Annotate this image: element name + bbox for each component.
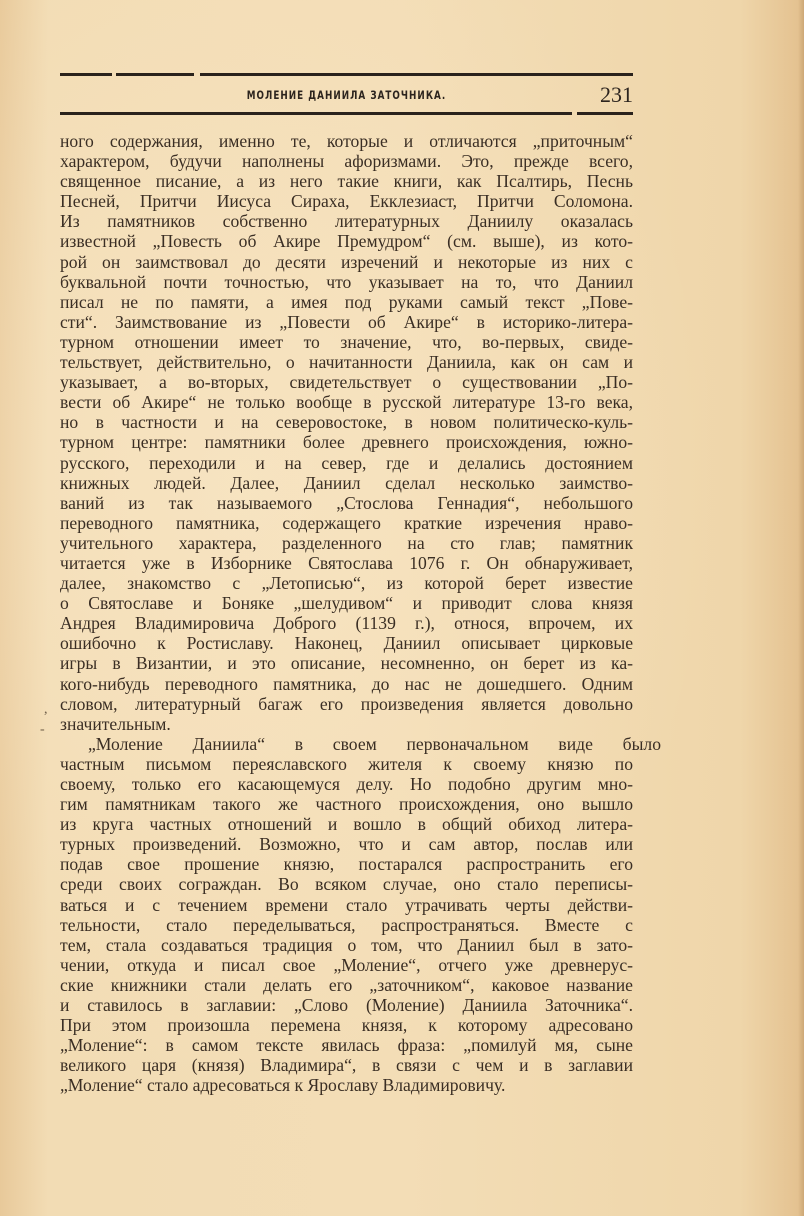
text-line: игры в Византии, и это описание, несомне… [60, 653, 633, 673]
text-line: среди своих сограждан. Во всяком случае,… [60, 874, 633, 894]
text-line: Из памятников собственно литературных Да… [60, 211, 633, 231]
text-line: книжных людей. Далее, Даниил сделал неск… [60, 473, 633, 493]
text-line: ские книжники стали делать его „заточник… [60, 975, 633, 995]
text-line: частным письмом переяславского жителя к … [60, 754, 633, 774]
text-line: „Моление Даниила“ в своем первоначальном… [60, 734, 661, 754]
running-title: МОЛЕНИЕ ДАНИИЛА ЗАТОЧНИКА. [103, 88, 590, 102]
header-rule-top [200, 73, 633, 76]
header-rule-top [60, 73, 112, 76]
text-line: ваться и с течением времени стало утрачи… [60, 895, 633, 915]
book-page: МОЛЕНИЕ ДАНИИЛА ЗАТОЧНИКА. 231 ного соде… [0, 0, 804, 1216]
text-line: читается уже в Изборнике Святослава 1076… [60, 553, 633, 573]
text-line: „Моление“: в самом тексте явилась фраза:… [60, 1035, 633, 1055]
text-line: но в частности и на северовостоке, в нов… [60, 412, 633, 432]
text-line: сти“. Заимствование из „Повести об Акире… [60, 312, 633, 332]
text-line: священное писание, а из него такие книги… [60, 171, 633, 191]
text-line: из круга частных отношений и вошло в общ… [60, 814, 633, 834]
running-head: МОЛЕНИЕ ДАНИИЛА ЗАТОЧНИКА. 231 [60, 84, 633, 108]
text-line: и ставилось в заглавии: „Слово (Моление)… [60, 995, 633, 1015]
text-line: вести об Акире“ не только вообще в русск… [60, 392, 633, 412]
text-line: гим памятникам такого же частного происх… [60, 794, 633, 814]
text-line: русского, переходили и на север, где и д… [60, 453, 633, 473]
text-line: указывает, а во-вторых, свидетельствует … [60, 372, 633, 392]
text-line: Андрея Владимировича Доброго (1139 г.), … [60, 613, 633, 633]
page-edge [798, 0, 804, 1216]
text-line: кого-нибудь переводного памятника, до на… [60, 674, 633, 694]
text-line: турном центре: памятники более древнего … [60, 432, 633, 452]
text-line: переводного памятника, содержащего кратк… [60, 513, 633, 533]
text-line: При этом произошла перемена князя, к кот… [60, 1015, 633, 1035]
text-line: словом, литературный багаж его произведе… [60, 694, 633, 714]
header-rule-bottom [577, 112, 633, 115]
text-line: характером, будучи наполнены афоризмами.… [60, 151, 633, 171]
text-line: тельности, стало переделываться, распрос… [60, 915, 633, 935]
text-line: значительным. [60, 714, 633, 734]
text-line: великого царя (князя) Владимира“, в связ… [60, 1055, 633, 1075]
text-line: подав свое прошение князю, постарался ра… [60, 854, 633, 874]
margin-mark: - [40, 722, 45, 738]
header-rule-top [116, 73, 194, 76]
text-line: Песней, Притчи Иисуса Сираха, Екклезиаст… [60, 191, 633, 211]
text-line: ошибочно к Ростиславу. Наконец, Даниил о… [60, 633, 633, 653]
text-line: турных произведений. Возможно, что и сам… [60, 834, 633, 854]
text-line: учительного характера, разделенного на с… [60, 533, 633, 553]
page-number: 231 [600, 82, 633, 108]
text-line: рой он заимствовал до десяти изречений и… [60, 252, 633, 272]
text-line: тем, стала создаваться традиция о том, ч… [60, 935, 633, 955]
header-rule-bottom [60, 112, 572, 115]
body-text: ного содержания, именно те, которые и от… [60, 131, 633, 1096]
text-line: буквальной почти точностью, что указывае… [60, 272, 633, 292]
text-line: ваний из так называемого „Стослова Генна… [60, 493, 633, 513]
text-line: тельствует, действительно, о начитанност… [60, 352, 633, 372]
text-line: известной „Повесть об Акире Премудром“ (… [60, 231, 633, 251]
text-line: „Моление“ стало адресоваться к Ярославу … [60, 1075, 633, 1095]
text-line: писал не по памяти, а имея под руками са… [60, 292, 633, 312]
text-line: далее, знакомство с „Летописью“, из кото… [60, 573, 633, 593]
text-line: ного содержания, именно те, которые и от… [60, 131, 633, 151]
margin-mark: , [44, 702, 48, 718]
text-line: турном отношении имеет то значение, что,… [60, 332, 633, 352]
text-line: чении, откуда и писал свое „Моление“, от… [60, 955, 633, 975]
text-line: своему, только его касающемуся делу. Но … [60, 774, 633, 794]
text-line: о Святославе и Боняке „шелудивом“ и прив… [60, 593, 633, 613]
